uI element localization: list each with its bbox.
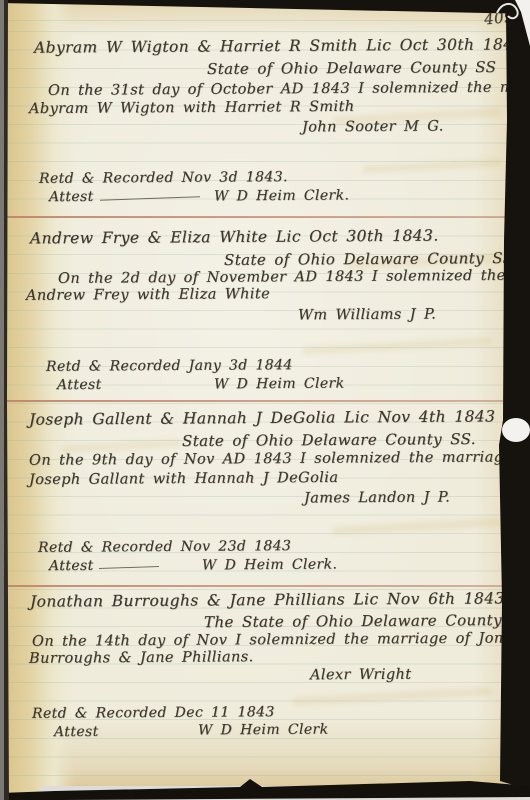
section-divider [6,400,528,402]
page-number: 409 [483,7,515,28]
ink-bleed-mark [362,158,502,173]
entry-jurisdiction: The State of Ohio Delaware County SS [204,611,530,631]
officiant-signature: John Sooter M G. [302,119,444,136]
entry-jurisdiction: State of Ohio Delaware County SS [207,58,496,78]
officiant-signature: Wm Williams J P. [298,307,436,324]
entry-body-line: On the 9th day of Nov AD 1843 I solemniz… [29,449,530,469]
clerk-signature: W D Heim Clerk [198,722,329,739]
ruled-lines [2,2,526,794]
ledger-page: 409 Abyram W Wigton & Harriet R Smith Li… [2,2,526,794]
ledger-photo: 409 Abyram W Wigton & Harriet R Smith Li… [0,0,530,800]
attest-label: Attest [57,377,102,393]
entry-body-line: On the 31st day of October AD 1843 I sol… [48,79,530,99]
ink-bleed-mark [292,687,492,706]
attest-label: Attest [49,558,94,574]
entry-body-line: Burroughs & Jane Phillians. [29,649,254,667]
officiant-signature: James Landon J P. [304,489,450,506]
officiant-signature: Alexr Wright [310,667,412,684]
clerk-signature: W D Heim Clerk. [202,557,337,574]
entry-heading: Abyram W Wigton & Harriet R Smith Lic Oc… [34,35,524,56]
clerk-signature: W D Heim Clerk. [214,188,349,205]
recorded-line: Retd & Recorded Jany 3d 1844 [46,357,293,375]
entry-body-line: On the 2d day of November AD 1843 I sole… [58,267,530,287]
ink-bleed-mark [302,337,492,355]
section-divider [6,585,528,587]
entry-body-line: On the 14th day of Nov I solemnized the … [32,630,530,650]
entry-body-line: Andrew Frey with Eliza White [26,286,270,304]
entry-heading: Andrew Frye & Eliza White Lic Oct 30th 1… [30,227,439,248]
section-divider [6,216,528,218]
entry-jurisdiction: State of Ohio Delaware County SS [224,249,513,269]
entry-jurisdiction: State of Ohio Delaware County SS. [182,430,476,450]
ink-bleed-mark [332,518,502,536]
entry-body-line: Joseph Gallant with Hannah J DeGolia [29,470,338,488]
entry-heading: Joseph Gallent & Hannah J DeGolia Lic No… [29,407,495,428]
entry-heading: Jonathan Burroughs & Jane Phillians Lic … [30,589,510,610]
clerk-signature: W D Heim Clerk [214,376,345,393]
recorded-line: Retd & Recorded Dec 11 1843 [32,704,275,722]
attest-label: Attest [54,724,99,740]
attest-label: Attest [49,189,94,205]
recorded-line: Retd & Recorded Nov 23d 1843 [38,538,291,556]
entry-body-line: Abyram W Wigton with Harriet R Smith [29,99,355,117]
attest-flourish [100,196,200,201]
attest-flourish [99,566,159,569]
recorded-line: Retd & Recorded Nov 3d 1843. [39,169,288,187]
